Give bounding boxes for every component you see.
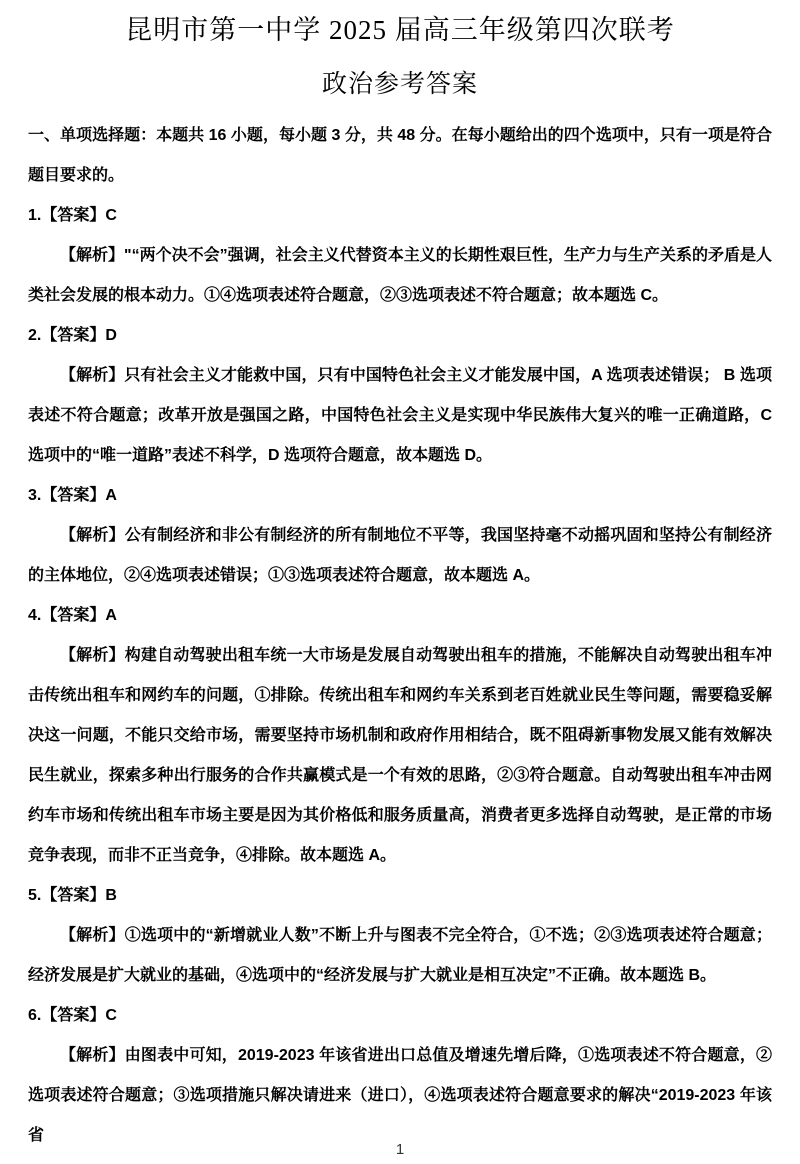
analysis-paragraph: 【解析】构建自动驾驶出租车统一大市场是发展自动驾驶出租车的措施，不能解决自动驾驶… [28, 636, 772, 876]
page-number: 1 [0, 1141, 800, 1158]
analysis-paragraph: 【解析】"“两个决不会”强调，社会主义代替资本主义的长期性艰巨性，生产力与生产关… [28, 236, 772, 316]
answer-line: 6.【答案】C [28, 996, 772, 1036]
section-heading: 一、单项选择题：本题共 16 小题，每小题 3 分，共 48 分。在每小题给出的… [28, 116, 772, 196]
qa-block-3: 3.【答案】A 【解析】公有制经济和非公有制经济的所有制地位不平等，我国坚持毫不… [28, 476, 772, 596]
qa-block-2: 2.【答案】D 【解析】只有社会主义才能救中国，只有中国特色社会主义才能发展中国… [28, 316, 772, 476]
exam-answer-page: 昆明市第一中学 2025 届高三年级第四次联考 政治参考答案 一、单项选择题：本… [0, 0, 800, 1164]
analysis-paragraph: 【解析】只有社会主义才能救中国，只有中国特色社会主义才能发展中国，A 选项表述错… [28, 356, 772, 476]
qa-block-5: 5.【答案】B 【解析】①选项中的“新增就业人数”不断上升与图表不完全符合，①不… [28, 876, 772, 996]
qa-block-6: 6.【答案】C 【解析】由图表中可知，2019-2023 年该省进出口总值及增速… [28, 996, 772, 1156]
analysis-paragraph: 【解析】公有制经济和非公有制经济的所有制地位不平等，我国坚持毫不动摇巩固和坚持公… [28, 516, 772, 596]
qa-block-1: 1.【答案】C 【解析】"“两个决不会”强调，社会主义代替资本主义的长期性艰巨性… [28, 196, 772, 316]
answer-line: 5.【答案】B [28, 876, 772, 916]
document-body: 一、单项选择题：本题共 16 小题，每小题 3 分，共 48 分。在每小题给出的… [28, 116, 772, 1156]
analysis-paragraph: 【解析】由图表中可知，2019-2023 年该省进出口总值及增速先增后降，①选项… [28, 1036, 772, 1156]
answer-line: 2.【答案】D [28, 316, 772, 356]
answer-line: 4.【答案】A [28, 596, 772, 636]
analysis-paragraph: 【解析】①选项中的“新增就业人数”不断上升与图表不完全符合，①不选；②③选项表述… [28, 916, 772, 996]
document-title: 昆明市第一中学 2025 届高三年级第四次联考 [28, 14, 772, 46]
answer-line: 3.【答案】A [28, 476, 772, 516]
answer-line: 1.【答案】C [28, 196, 772, 236]
qa-block-4: 4.【答案】A 【解析】构建自动驾驶出租车统一大市场是发展自动驾驶出租车的措施，… [28, 596, 772, 876]
document-subtitle: 政治参考答案 [28, 70, 772, 100]
